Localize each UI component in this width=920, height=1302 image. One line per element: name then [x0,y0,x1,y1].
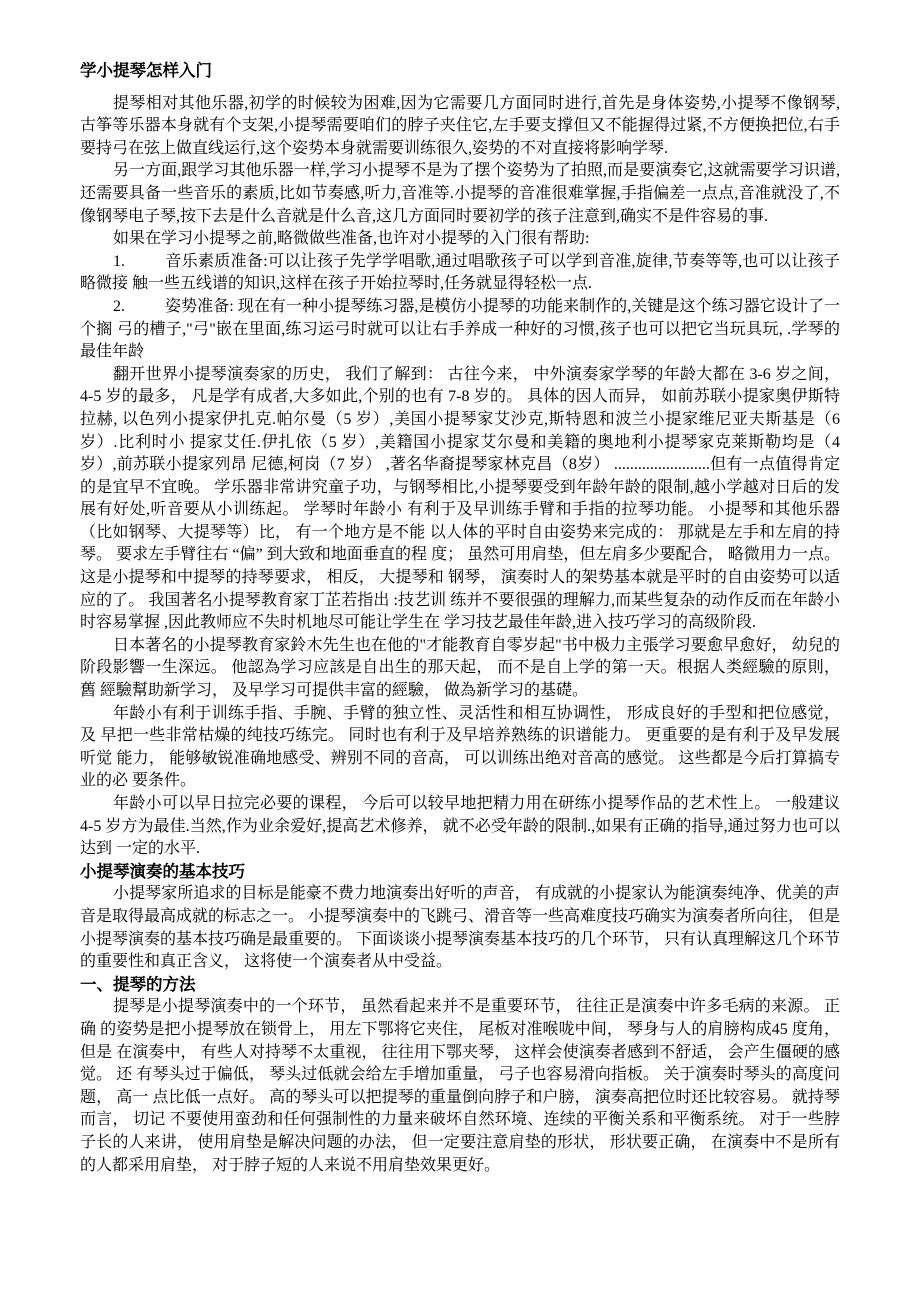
doc-title: 学小提琴怎样入门 [80,60,840,83]
section-title-holding-method: 一、提琴的方法 [80,974,840,997]
section-title-basic-skills: 小提琴演奏的基本技巧 [80,861,840,884]
paragraph-best-age-history: 翻开世界小提琴演奏家的历史， 我们了解到： 古往今来， 中外演奏家学琴的年龄大都… [80,364,840,635]
list-item-1: 1.音乐素质准备:可以让孩子先学学唱歌,通过唱歌孩子可以学到音准,旋律,节奏等等… [80,251,840,296]
list-item-1-text: 音乐素质准备:可以让孩子先学学唱歌,通过唱歌孩子可以学到音准,旋律,节奏等等,也… [80,253,840,293]
list-item-2: 2.姿势准备: 现在有一种小提琴练习器,是模仿小提琴的功能来制作的,关键是这个练… [80,296,840,364]
paragraph-intro-difficulty: 提琴相对其他乐器,初学的时候较为困难,因为它需要几方面同时进行,首先是身体姿势,… [80,93,840,161]
paragraph-basic-skills-intro: 小提琴家所追求的目标是能豪不费力地演奏出好听的声音， 有成就的小提家认为能演奏纯… [80,883,840,973]
paragraph-holding-method: 提琴是小提琴演奏中的一个环节， 虽然看起来并不是重要环节， 往往正是演奏中许多毛… [80,996,840,1177]
list-item-1-number: 1. [113,251,165,274]
paragraph-music-literacy: 另一方面,跟学习其他乐器一样,学习小提琴不是为了摆个姿势为了拍照,而是要演奏它,… [80,160,840,228]
paragraph-preparation-intro: 如果在学习小提琴之前,略微做些准备,也许对小提琴的入门很有帮助: [80,228,840,251]
paragraph-age-recommendation: 年龄小可以早日拉完必要的课程， 今后可以较早地把精力用在研练小提琴作品的艺术性上… [80,793,840,861]
paragraph-suzuki: 日本著名的小提琴教育家鈴木先生也在他的"才能教育自零岁起"书中极力主張学习要愈早… [80,635,840,703]
document-page: 学小提琴怎样入门 提琴相对其他乐器,初学的时候较为困难,因为它需要几方面同时进行… [0,0,920,1302]
list-item-2-text: 姿势准备: 现在有一种小提琴练习器,是模仿小提琴的功能来制作的,关键是这个练习器… [80,298,840,360]
paragraph-young-age-benefits: 年龄小有利于训练手指、手腕、手臂的独立性、灵活性和相互协调性， 形成良好的手型和… [80,703,840,793]
list-item-2-number: 2. [113,296,165,319]
